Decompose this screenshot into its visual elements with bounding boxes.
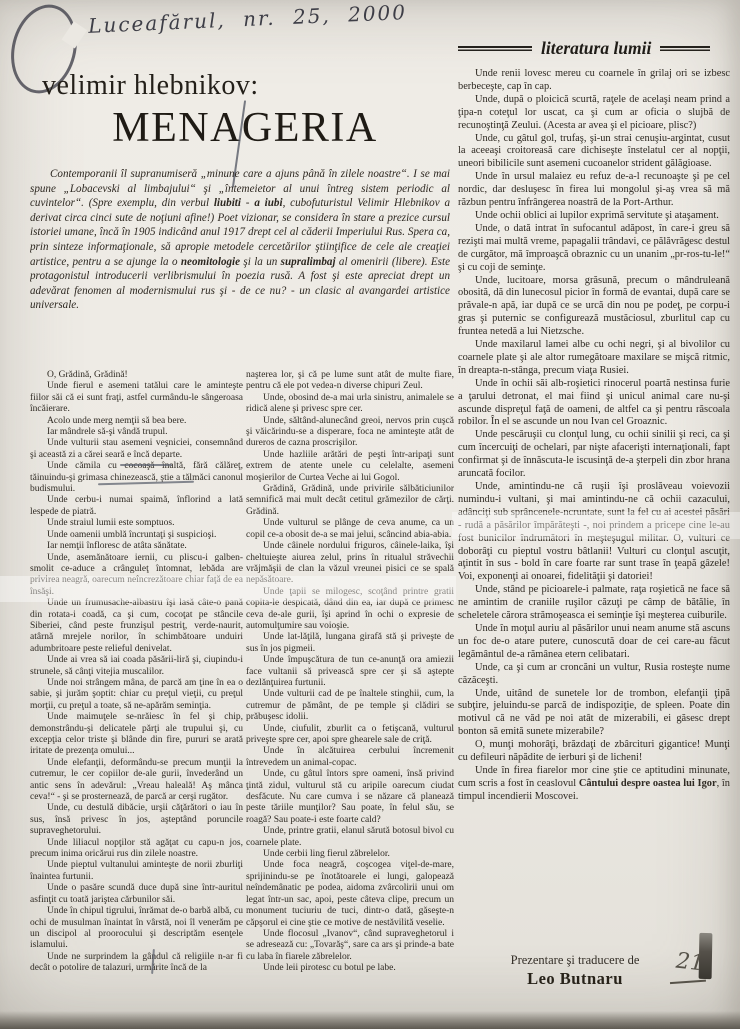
section-badge: literatura lumii bbox=[458, 38, 730, 59]
poem-paragraph: Unde un frumusache-albastru îşi lasă cât… bbox=[30, 598, 243, 655]
poem-paragraph: Unde straiul lumii este somptuos. bbox=[30, 518, 243, 529]
poem-paragraph: Unde, printre gratii, elanul sărută boto… bbox=[246, 826, 454, 849]
badge-label: literatura lumii bbox=[541, 38, 651, 59]
poem-paragraph: Unde vulturii cad de pe înaltele stinghi… bbox=[246, 689, 454, 723]
poem-paragraph: Acolo unde merg nemţii să bea bere. bbox=[30, 416, 243, 427]
poem-paragraph: Unde oamenii umblă încruntaţi şi suspici… bbox=[30, 530, 243, 541]
poem-paragraph: Unde pieptul vultanului aminteşte de nor… bbox=[30, 860, 243, 883]
poem-column-middle: naşterea lor, şi că pe lume sunt atât de… bbox=[246, 370, 454, 1018]
poem-paragraph: Unde cerbii ling fierul zăbrelelor. bbox=[246, 849, 454, 860]
page-number-handwritten: 21 bbox=[675, 949, 705, 977]
poem-paragraph: Unde în ochii săi alb-roşietici rinoceru… bbox=[458, 378, 730, 430]
poem-paragraph: Unde, săltând-alunecând greoi, nervos pr… bbox=[246, 416, 454, 450]
poem-paragraph: Unde, asemănătoare iernii, cu pliscu-i g… bbox=[30, 553, 243, 599]
bottom-scan-edge bbox=[0, 1011, 740, 1029]
poem-column-right: Unde renii lovesc mereu cu coarnele în g… bbox=[458, 68, 730, 948]
poem-paragraph: Unde renii lovesc mereu cu coarnele în g… bbox=[458, 68, 730, 94]
poem-paragraph: Unde leii pirotesc cu botul pe labe. bbox=[246, 963, 454, 974]
poem-paragraph: Unde, cu gâtul întors spre oameni, însă … bbox=[246, 769, 454, 826]
poem-paragraph: O, Grădină, Grădină! bbox=[30, 370, 243, 381]
poem-paragraph: Unde, după o ploicică scurtă, raţele de … bbox=[458, 94, 730, 133]
handwritten-note: Luceafărul, nr. 25, 2000 bbox=[88, 0, 449, 38]
poem-paragraph: Unde noi strângem mâna, de parcă am ţine… bbox=[30, 678, 243, 712]
poem-column-left: O, Grădină, Grădină!Unde fierul e asemen… bbox=[30, 370, 243, 1018]
poem-paragraph: Unde ţapii se milogesc, scoţând printre … bbox=[246, 587, 454, 633]
poem-paragraph: Unde în ursul malaiez eu refuz de-a-l re… bbox=[458, 171, 730, 210]
poem-paragraph: Unde în moţul auriu al păsărilor unui ne… bbox=[458, 623, 730, 662]
page-scan: Luceafărul, nr. 25, 2000 velimir hlebnik… bbox=[0, 0, 740, 1029]
poem-paragraph: Grădină, Grădină, unde privirile sălbăti… bbox=[246, 484, 454, 518]
poem-paragraph: Unde ochii oblici ai lupilor exprimă ser… bbox=[458, 210, 730, 223]
poem-paragraph: Unde o pasăre scundă duce după sine într… bbox=[30, 883, 243, 906]
poem-paragraph: Unde cerbu-i numai spaimă, înflorind a l… bbox=[30, 495, 243, 518]
intro-paragraph: Contemporanii îl supranumiseră „minune c… bbox=[30, 167, 450, 359]
poem-paragraph: Unde, stând pe picioarele-i palmate, raţ… bbox=[458, 584, 730, 623]
poem-paragraph: Unde foca neagră, coşcogea viţel-de-mare… bbox=[246, 860, 454, 928]
poem-paragraph: Unde maxilarul lamei albe cu ochi negri,… bbox=[458, 339, 730, 378]
poem-paragraph: Unde, cu gâtul gol, trufaş, şi-un strai … bbox=[458, 133, 730, 172]
poem-paragraph: Unde lat-lăţilă, lungana girafă stă şi p… bbox=[246, 632, 454, 655]
poem-paragraph: Unde vulturul se plânge de ceva anume, c… bbox=[246, 518, 454, 541]
poem-paragraph: Unde, uitând de sunetele lor de trombon,… bbox=[458, 688, 730, 740]
article-title: MENAGERIA bbox=[90, 104, 400, 152]
poem-paragraph: Unde în chipul tigrului, înrămat de-o ba… bbox=[30, 906, 243, 952]
credit-prefix: Prezentare şi traducere de bbox=[475, 953, 675, 968]
poem-paragraph: naşterea lor, şi că pe lume sunt atât de… bbox=[246, 370, 454, 393]
poem-paragraph: Unde, ca şi cum ar croncăni un vultur, R… bbox=[458, 662, 730, 688]
poem-paragraph: Unde hazliile arătări de peşti într-arip… bbox=[246, 450, 454, 484]
poem-paragraph: Iar mândrele să-şi vândă trupul. bbox=[30, 427, 243, 438]
poem-paragraph: Unde, o dată intrat în sufocantul adăpos… bbox=[458, 223, 730, 275]
poem-paragraph: Unde vulturii stau asemeni veşniciei, co… bbox=[30, 438, 243, 461]
poem-paragraph: Iar nemţii înfloresc de atâta sănătate. bbox=[30, 541, 243, 552]
poem-paragraph: Unde ne surprindem la gândul că religiil… bbox=[30, 952, 243, 975]
poem-paragraph: Unde liliacul nopţilor stă agăţat cu cap… bbox=[30, 838, 243, 861]
pen-overline-mark bbox=[120, 464, 172, 466]
credit-block: Prezentare şi traducere de Leo Butnaru bbox=[475, 953, 675, 989]
poem-paragraph: Unde cămila cu cocoaşă înaltă, fără călă… bbox=[30, 461, 243, 495]
poem-paragraph: O, munţi mohorâţi, brăzdaţi de zbârcitur… bbox=[458, 739, 730, 765]
poem-paragraph: Unde flocosul „Ivanov“, când supraveghet… bbox=[246, 929, 454, 963]
poem-paragraph: Unde, ciufulit, zburlit ca o fetişcană, … bbox=[246, 724, 454, 747]
poem-paragraph: Unde fierul e asemeni tatălui care le am… bbox=[30, 381, 243, 415]
poem-paragraph: Unde maimuţele se-nrăiesc în fel şi chip… bbox=[30, 712, 243, 758]
poem-paragraph: Unde în alcătuirea cerbului încremenit î… bbox=[246, 746, 454, 769]
poem-paragraph: Unde, amintindu-ne că ruşii îşi proslăve… bbox=[458, 481, 730, 584]
poem-paragraph: Unde, cu destulă dibăcie, urşii căţărăto… bbox=[30, 803, 243, 837]
badge-rule-right bbox=[660, 46, 710, 51]
poem-paragraph: Unde ai vrea să iai coada păsării-liră ş… bbox=[30, 655, 243, 678]
poem-paragraph: Unde împuşcătura de tun ce-anunţă ora am… bbox=[246, 655, 454, 689]
credit-name: Leo Butnaru bbox=[475, 969, 675, 989]
poem-paragraph: Unde în firea fiarelor mor cine ştie ce … bbox=[458, 765, 730, 804]
badge-rule-left bbox=[458, 46, 532, 51]
author-line: velimir hlebnikov: bbox=[42, 70, 259, 102]
poem-paragraph: Unde elefanţii, deformându-se precum mun… bbox=[30, 758, 243, 804]
poem-paragraph: Unde, obosind de-a mai urla sinistru, an… bbox=[246, 393, 454, 416]
poem-paragraph: Unde câinele nordului friguros, câinele-… bbox=[246, 541, 454, 587]
poem-paragraph: Unde, lucitoare, morsa grăsună, precum o… bbox=[458, 275, 730, 340]
poem-paragraph: Unde pescăruşii cu clonţul lung, cu ochi… bbox=[458, 429, 730, 481]
